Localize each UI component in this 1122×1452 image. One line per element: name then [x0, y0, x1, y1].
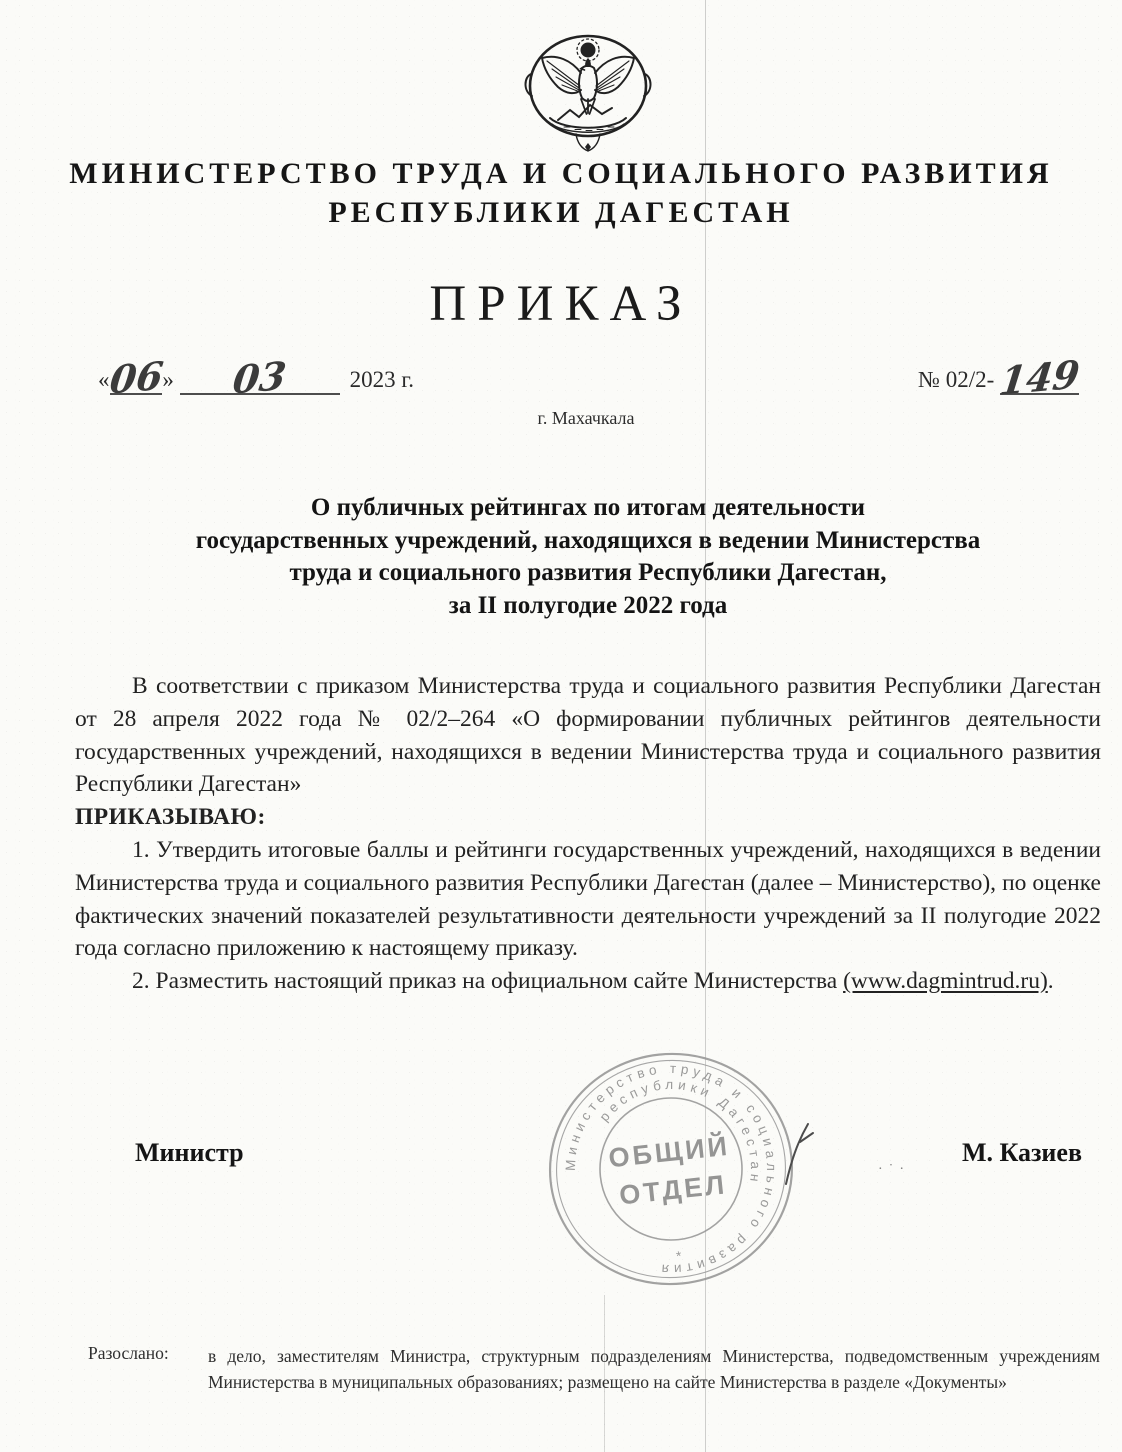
scan-speckles: ·˙· [878, 1162, 910, 1178]
document-type-heading: ПРИКАЗ [0, 276, 1122, 332]
scanned-order-document: МИНИСТЕРСТВО ТРУДА И СОЦИАЛЬНОГО РАЗВИТИ… [0, 0, 1122, 1452]
intro-paragraph: В соответствии с приказом Министерства т… [75, 670, 1101, 801]
handwritten-number: 149 [999, 364, 1081, 391]
date-line: «06» 032023 г. [98, 364, 414, 395]
decree-word: ПРИКАЗЫВАЮ: [75, 801, 1101, 834]
order-title-line3: труда и социального развития Республики … [75, 557, 1101, 590]
close-quote: » [162, 367, 174, 392]
signer-name: М. Казиев [0, 1138, 1082, 1168]
item-2-period: . [1048, 968, 1054, 994]
distribution-text: в дело, заместителям Министра, структурн… [208, 1343, 1100, 1395]
stamp-ring-separator: * [675, 1248, 686, 1264]
document-number-prefix: № 02/2- [918, 367, 994, 392]
stamp-center-line2: ОТДЕЛ [618, 1169, 729, 1210]
document-number-line: № 02/2- 149 [918, 364, 1079, 395]
ministry-name-header: МИНИСТЕРСТВО ТРУДА И СОЦИАЛЬНОГО РАЗВИТИ… [0, 154, 1122, 232]
general-department-stamp: Министерство труда и социального развити… [543, 1044, 799, 1294]
open-quote: « [98, 367, 110, 392]
handwritten-day: 06 [108, 366, 163, 391]
item-2-paragraph: 2. Разместить настоящий приказ на официа… [75, 965, 1101, 998]
dagestan-coat-of-arms-icon [524, 28, 652, 158]
order-title-line1: О публичных рейтингах по итогам деятельн… [75, 492, 1101, 525]
item-2-text: 2. Разместить настоящий приказ на официа… [132, 968, 843, 994]
city-label: г. Махачкала [50, 408, 1122, 429]
ministry-name-line1: МИНИСТЕРСТВО ТРУДА И СОЦИАЛЬНОГО РАЗВИТИ… [0, 154, 1122, 194]
ministry-site-url: (www.dagmintrud.ru) [843, 968, 1048, 994]
order-title-line4: за II полугодие 2022 года [75, 590, 1101, 623]
distribution-label: Разослано: [88, 1343, 169, 1364]
order-title: О публичных рейтингах по итогам деятельн… [75, 492, 1101, 622]
ministry-name-line2: РЕСПУБЛИКИ ДАГЕСТАН [0, 194, 1122, 232]
handwritten-month: 03 [232, 366, 287, 391]
order-title-line2: государственных учреждений, находящихся … [75, 525, 1101, 558]
item-1-paragraph: 1. Утвердить итоговые баллы и рейтинги г… [75, 834, 1101, 965]
year-text: 2023 г. [350, 367, 414, 392]
order-body: В соответствии с приказом Министерства т… [75, 670, 1101, 998]
